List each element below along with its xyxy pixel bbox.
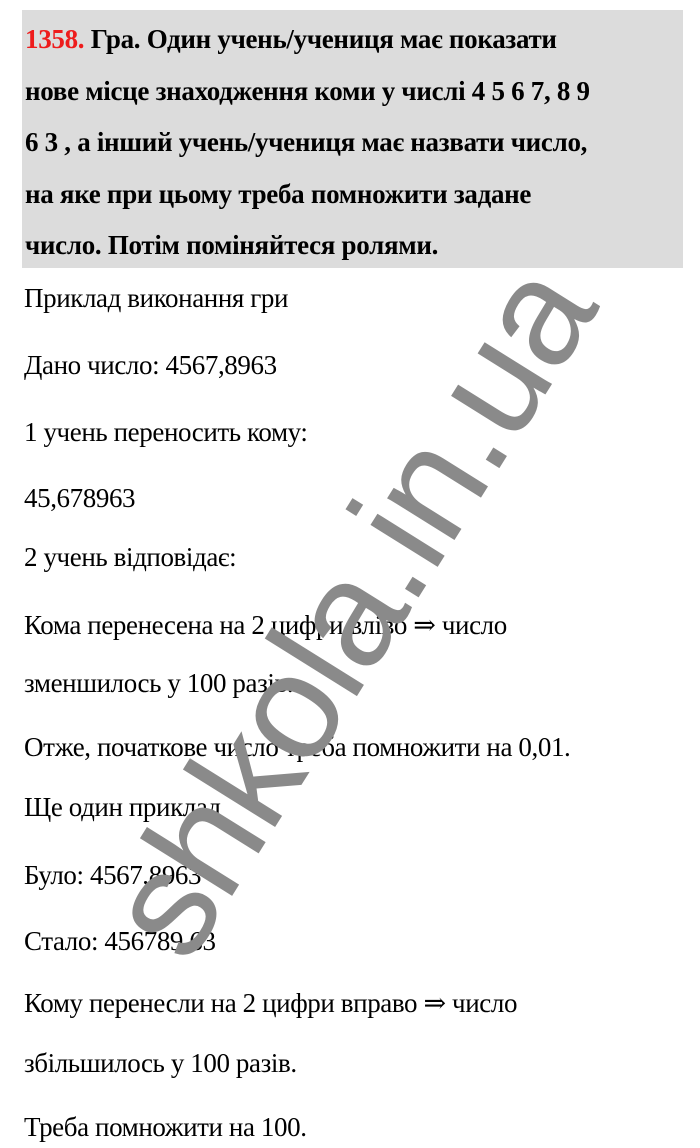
solution-line: Отже, початкове число треба помножити на… [24, 732, 570, 763]
solution-line: зменшилось у 100 разів. [24, 668, 293, 699]
task-line-5: число. Потім поміняйтеся ролями. [25, 230, 438, 260]
solution-line: 45,678963 [24, 483, 135, 514]
task-line-3: 6 3 , а інший учень/учениця має назвати … [25, 127, 587, 157]
task-statement-box: 1358. Гра. Один учень/учениця має показа… [22, 10, 683, 268]
solution-line: 2 учень відповідає: [24, 542, 236, 573]
solution-line: Кома перенесена на 2 цифри вліво ⇒ число [24, 610, 507, 641]
solution-line: Дано число: 4567,8963 [24, 350, 277, 381]
solution-line: 1 учень переносить кому: [24, 417, 308, 448]
solution-line: Приклад виконання гри [24, 283, 288, 314]
solution-line: збільшилось у 100 разів. [24, 1048, 297, 1079]
task-line-4: на яке при цьому треба помножити задане [25, 179, 531, 209]
solution-line: Треба помножити на 100. [24, 1112, 307, 1143]
task-line-2: нове місце знаходження коми у числі 4 5 … [25, 76, 590, 106]
task-statement: 1358. Гра. Один учень/учениця має показа… [25, 14, 677, 272]
solution-line: Було: 4567,8963 [24, 860, 201, 891]
task-line-1: Гра. Один учень/учениця має показати [84, 24, 556, 54]
solution-line: Кому перенесли на 2 цифри вправо ⇒ число [24, 988, 517, 1019]
task-number: 1358. [25, 24, 84, 54]
solution-line: Стало: 456789,63 [24, 926, 216, 957]
solution-line: Ще один приклад [24, 792, 221, 823]
